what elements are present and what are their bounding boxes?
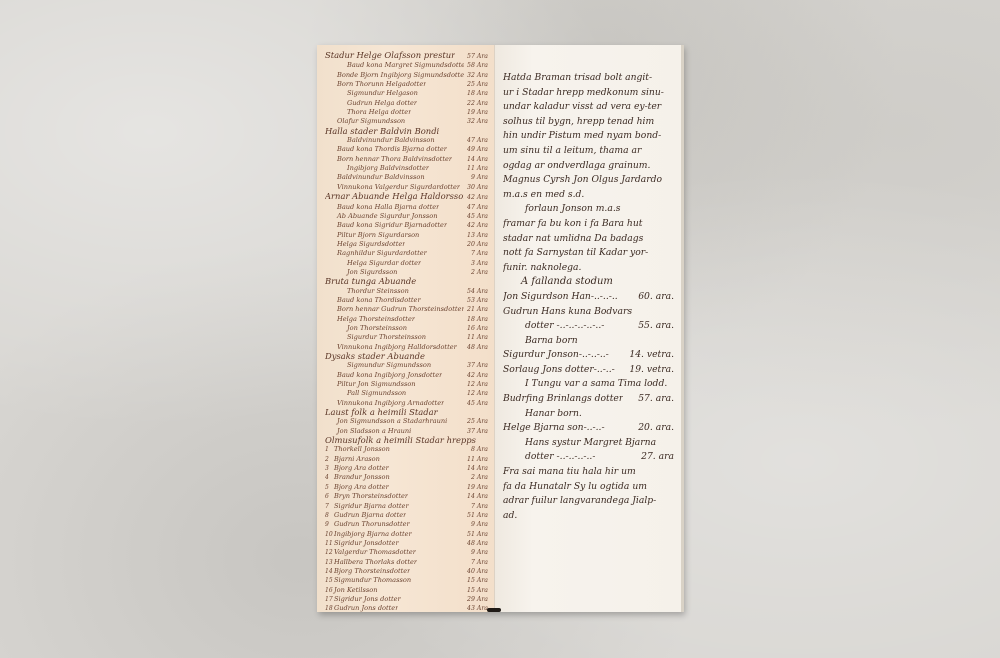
person-age: 37 Ara — [467, 361, 488, 370]
numbered-person-row: 3Bjorg Ara dotter14 Ara — [325, 464, 488, 473]
person-row: Thordur Steinsson54 Ara — [325, 287, 488, 296]
person-name: 5Bjorg Ara dotter — [325, 483, 389, 492]
person-name: 6Bryn Thorsteinsdotter — [325, 492, 408, 501]
person-age: 18 Ara — [467, 315, 488, 324]
person-age: 42 Ara — [467, 193, 488, 202]
entry-name: Jon Sigurdson Han — [503, 290, 591, 305]
numbered-person-row: 15Sigmundur Thomasson15 Ara — [325, 576, 488, 585]
person-age: 15 Ara — [467, 576, 488, 585]
numbered-person-row: 11Sigridur Jonsdotter48 Ara — [325, 539, 488, 548]
entry-name: Budrfing Brinlangs dotter — [503, 392, 623, 407]
person-age: 3 Ara — [471, 259, 488, 268]
person-name-text: Sigridur Jonsdotter — [334, 539, 399, 547]
closing-text-line: ad. — [503, 509, 674, 524]
person-row: Sigmundur Sigmundsson37 Ara — [325, 361, 488, 370]
numbered-person-row: 4Brandur Jonsson2 Ara — [325, 473, 488, 482]
person-row: Baud kona Thordis Bjarna dotter49 Ara — [325, 145, 488, 154]
entry-name: I Tungu var a sama Tima lodd. — [525, 377, 667, 392]
row-number: 4 — [325, 473, 334, 482]
text-line: funir. naknolega. — [503, 261, 674, 276]
text-line: Magnus Cyrsh Jon Olgus Jardardo — [503, 173, 674, 188]
person-name: Vinnukona Valgerdur Sigurdardotter — [325, 183, 460, 192]
person-row: Piltur Jon Sigmundsson12 Ara — [325, 380, 488, 389]
person-name: 10Ingibjorg Bjarna dotter — [325, 530, 412, 539]
person-name: Sigmundur Sigmundsson — [325, 361, 431, 370]
person-age: 42 Ara — [467, 371, 488, 380]
person-name: Born Thorunn Helgadotter — [325, 80, 426, 89]
person-age: 14 Ara — [467, 464, 488, 473]
entry-name: Hanar born. — [525, 407, 582, 422]
right-page-text: Hatda Braman trisad bolt angit-ur i Stad… — [494, 45, 684, 612]
person-age: 25 Ara — [467, 80, 488, 89]
person-age: 7 Ara — [471, 502, 488, 511]
person-name: Baud kona Thordis Bjarna dotter — [325, 145, 447, 154]
person-name: 12Valgerdur Thomasdotter — [325, 548, 416, 557]
closing-text-line: fa da Hunatalr Sy lu ogtida um — [503, 480, 674, 495]
person-name-text: Sigridur Jons dotter — [334, 595, 401, 603]
fold-tear-mark — [487, 608, 501, 612]
person-age: 45 Ara — [467, 399, 488, 408]
person-name: Ab Abuande Sigurdur Jonsson — [325, 212, 438, 221]
person-name: Vinnukona Ingibjorg Halldorsdotter — [325, 343, 457, 352]
person-name: Vinnukona Ingibjorg Arnadotter — [325, 399, 444, 408]
person-row: Pall Sigmundsson12 Ara — [325, 389, 488, 398]
person-name: Baud kona Thordisdotter — [325, 296, 421, 305]
person-age: 37 Ara — [467, 427, 488, 436]
person-age: 22 Ara — [467, 99, 488, 108]
person-name: 14Bjorg Thorsteinsdotter — [325, 567, 410, 576]
person-row: Baud kona Sigridur Bjarnadotter42 Ara — [325, 221, 488, 230]
person-age: 47 Ara — [467, 203, 488, 212]
farm-heading-row: Bruta tunga Abuande — [325, 277, 488, 286]
farm-heading-row: Dysaks stader Abuande — [325, 352, 488, 361]
entry-age: 60. ara. — [638, 290, 674, 305]
person-name-text: Bjorg Thorsteinsdotter — [334, 567, 410, 575]
numbered-person-row: 5Bjorg Ara dotter19 Ara — [325, 483, 488, 492]
person-name: 8Gudrun Bjarna dotter — [325, 511, 406, 520]
person-age: 51 Ara — [467, 530, 488, 539]
text-line: hin undir Pistum med nyam bond- — [503, 129, 674, 144]
person-age: 21 Ara — [467, 305, 488, 314]
person-name: Helga Thorsteinsdotter — [325, 315, 415, 324]
farm-heading-row: Stadur Helge Olafsson prestur57 Ara — [325, 51, 488, 61]
entry-age: 55. ara. — [638, 319, 674, 334]
person-name: Stadur Helge Olafsson prestur — [325, 51, 455, 60]
text-line: ur i Stadar hrepp medkonum sinu- — [503, 86, 674, 101]
row-number: 11 — [325, 539, 334, 548]
person-name: 1Thorkell Jonsson — [325, 445, 390, 454]
farm-heading-row: Olmusufolk a heimili Stadar hrepps — [325, 436, 488, 445]
person-name-text: Gudrun Jons dotter — [334, 604, 398, 612]
numbered-person-row: 8Gudrun Bjarna dotter51 Ara — [325, 511, 488, 520]
entry-dashes: -..-..-..- — [579, 348, 609, 363]
text-line: undar kaladur visst ad vera ey-ter — [503, 100, 674, 115]
text-line: stadar nat umlidna Da badags — [503, 232, 674, 247]
row-number: 16 — [325, 586, 334, 595]
person-name: Olmusufolk a heimili Stadar hrepps — [325, 436, 476, 445]
person-name: Helga Sigurdsdotter — [325, 240, 405, 249]
text-line: forlaun Jonson m.a.s — [503, 202, 674, 217]
person-row: Baud kona Margret Sigmundsdotter58 Ara — [325, 61, 488, 70]
person-name: 16Jon Ketilsson — [325, 586, 377, 595]
person-row: Bonde Bjorn Ingibjorg Sigmundsdotter32 A… — [325, 71, 488, 80]
text-line: um sinu til a leitum, thama ar — [503, 144, 674, 159]
person-age: 32 Ara — [467, 117, 488, 126]
deceased-entry: Gudrun Hans kuna Bodvars — [503, 305, 674, 320]
row-number: 17 — [325, 595, 334, 604]
person-name: Bonde Bjorn Ingibjorg Sigmundsdotter — [325, 71, 464, 80]
person-name: Baud kona Halla Bjarna dotter — [325, 203, 439, 212]
person-row: Ab Abuande Sigurdur Jonsson45 Ara — [325, 212, 488, 221]
deceased-entry: Jon Sigurdson Han -..-..-.. 60. ara. — [503, 290, 674, 305]
person-name: Gudrun Helga dotter — [325, 99, 417, 108]
person-age: 7 Ara — [471, 558, 488, 567]
person-name: Olafur Sigmundsson — [325, 117, 405, 126]
entry-name: Hans systur Margret Bjarna — [525, 436, 656, 451]
person-name-text: Bjarni Arason — [334, 455, 380, 463]
person-age: 11 Ara — [467, 455, 488, 464]
person-age: 53 Ara — [467, 296, 488, 305]
row-number: 13 — [325, 558, 334, 567]
person-name: Baldvinundur Baldvinsson — [325, 136, 435, 145]
handwritten-text-block: Hatda Braman trisad bolt angit-ur i Stad… — [503, 71, 674, 523]
entry-name: Sorlaug Jons dotter — [503, 363, 594, 378]
entry-name: Helge Bjarna son — [503, 421, 584, 436]
entry-name: dotter -..-..-..-..-..- — [525, 319, 604, 334]
person-name: 15Sigmundur Thomasson — [325, 576, 411, 585]
deceased-entry: I Tungu var a sama Tima lodd. — [503, 377, 674, 392]
person-age: 25 Ara — [467, 417, 488, 426]
person-age: 7 Ara — [471, 249, 488, 258]
person-name-text: Sigridur Bjarna dotter — [334, 502, 409, 510]
person-age: 14 Ara — [467, 155, 488, 164]
numbered-person-row: 2Bjarni Arason11 Ara — [325, 455, 488, 464]
numbered-person-row: 18Gudrun Jons dotter43 Ara — [325, 604, 488, 612]
person-name: Jon Sladsson a Hrauni — [325, 427, 411, 436]
person-age: 9 Ara — [471, 548, 488, 557]
person-row: Ingibjorg Baldvinsdotter11 Ara — [325, 164, 488, 173]
person-age: 51 Ara — [467, 511, 488, 520]
person-row: Gudrun Helga dotter22 Ara — [325, 99, 488, 108]
person-row: Born Thorunn Helgadotter25 Ara — [325, 80, 488, 89]
person-age: 30 Ara — [467, 183, 488, 192]
deceased-entry: Helge Bjarna son -..-..- 20. ara. — [503, 421, 674, 436]
person-name: 13Hallbera Thorlaks dotter — [325, 558, 417, 567]
person-name-text: Gudrun Bjarna dotter — [334, 511, 406, 519]
person-name-text: Thorkell Jonsson — [334, 445, 390, 453]
person-row: Helga Sigurdar dotter3 Ara — [325, 259, 488, 268]
person-age: 19 Ara — [467, 483, 488, 492]
person-name-text: Gudrun Thorunsdotter — [334, 520, 410, 528]
person-name: 9Gudrun Thorunsdotter — [325, 520, 410, 529]
closing-text-line: Fra sai mana tiu hala hir um — [503, 465, 674, 480]
person-age: 8 Ara — [471, 445, 488, 454]
person-name: Jon Thorsteinsson — [325, 324, 407, 333]
deceased-entry: Hans systur Margret Bjarna — [503, 436, 674, 451]
person-name: 3Bjorg Ara dotter — [325, 464, 389, 473]
person-name: Piltur Bjorn Sigurdarson — [325, 231, 419, 240]
person-name: Halla stader Baldvin Bondi — [325, 127, 439, 136]
person-name: Born hennar Thora Baldvinsdotter — [325, 155, 452, 164]
entry-name: Gudrun Hans kuna Bodvars — [503, 305, 632, 320]
person-row: Thora Helga dotter19 Ara — [325, 108, 488, 117]
farm-heading-row: Arnar Abuande Helga Haldorsson42 Ara — [325, 192, 488, 202]
deceased-entry: dotter -..-..-..-..-27. ara — [503, 450, 674, 465]
person-age: 9 Ara — [471, 173, 488, 182]
person-age: 20 Ara — [467, 240, 488, 249]
person-name: 17Sigridur Jons dotter — [325, 595, 401, 604]
numbered-person-row: 6Bryn Thorsteinsdotter14 Ara — [325, 492, 488, 501]
person-row: Jon Sigmundsson a Stadarhrauni25 Ara — [325, 417, 488, 426]
deceased-entry: dotter -..-..-..-..-..-55. ara. — [503, 319, 674, 334]
person-age: 11 Ara — [467, 333, 488, 342]
person-age: 29 Ara — [467, 595, 488, 604]
person-name: Baldvinundur Baldvinsson — [325, 173, 425, 182]
entry-dashes: -..-..- — [594, 363, 615, 378]
entry-age: 20. ara. — [638, 421, 674, 436]
person-age: 2 Ara — [471, 473, 488, 482]
person-row: Sigurdur Thorsteinsson11 Ara — [325, 333, 488, 342]
entry-dashes: -..-..- — [584, 421, 605, 436]
person-row: Jon Sladsson a Hrauni37 Ara — [325, 427, 488, 436]
manuscript-sheet: Stadur Helge Olafsson prestur57 AraBaud … — [317, 45, 683, 612]
person-age: 49 Ara — [467, 145, 488, 154]
person-name: Laust folk a heimili Stadar — [325, 408, 438, 417]
person-row: Born hennar Thora Baldvinsdotter14 Ara — [325, 155, 488, 164]
person-age: 12 Ara — [467, 380, 488, 389]
person-age: 14 Ara — [467, 492, 488, 501]
person-age: 42 Ara — [467, 221, 488, 230]
person-name: Baud kona Sigridur Bjarnadotter — [325, 221, 447, 230]
person-name: Thordur Steinsson — [325, 287, 409, 296]
row-number: 8 — [325, 511, 334, 520]
entry-age: 19. vetra. — [629, 363, 674, 378]
entry-dashes: -..-..-.. — [591, 290, 618, 305]
person-age: 32 Ara — [467, 71, 488, 80]
person-age: 2 Ara — [471, 268, 488, 277]
person-row: Jon Thorsteinsson16 Ara — [325, 324, 488, 333]
person-name-text: Sigmundur Thomasson — [334, 576, 411, 584]
text-line: nott fa Sarnystan til Kadar yor- — [503, 246, 674, 261]
person-age: 40 Ara — [467, 567, 488, 576]
entry-age: 27. ara — [641, 450, 674, 465]
person-age: 12 Ara — [467, 389, 488, 398]
person-row: Vinnukona Ingibjorg Arnadotter45 Ara — [325, 399, 488, 408]
person-name: Jon Sigmundsson a Stadarhrauni — [325, 417, 447, 426]
entry-name: Sigurdur Jonson — [503, 348, 579, 363]
deceased-entry: Sigurdur Jonson -..-..-..- 14. vetra. — [503, 348, 674, 363]
row-number: 9 — [325, 520, 334, 529]
person-row: Jon Sigurdsson2 Ara — [325, 268, 488, 277]
text-line: m.a.s en med s.d. — [503, 188, 674, 203]
person-row: Olafur Sigmundsson32 Ara — [325, 117, 488, 126]
numbered-person-row: 9Gudrun Thorunsdotter9 Ara — [325, 520, 488, 529]
person-age: 48 Ara — [467, 343, 488, 352]
farm-heading-row: Halla stader Baldvin Bondi — [325, 127, 488, 136]
entry-age: 14. vetra. — [629, 348, 674, 363]
deceased-entry: Sorlaug Jons dotter -..-..- 19. vetra. — [503, 363, 674, 378]
person-name-text: Bjorg Ara dotter — [334, 464, 389, 472]
person-name: Pall Sigmundsson — [325, 389, 406, 398]
person-name: Ragnhildur Sigurdardotter — [325, 249, 427, 258]
person-row: Piltur Bjorn Sigurdarson13 Ara — [325, 231, 488, 240]
person-name: Helga Sigurdar dotter — [325, 259, 421, 268]
person-name-text: Jon Ketilsson — [334, 586, 377, 594]
person-name: 11Sigridur Jonsdotter — [325, 539, 399, 548]
person-name: Born hennar Gudrun Thorsteinsdotter — [325, 305, 464, 314]
person-row: Ragnhildur Sigurdardotter7 Ara — [325, 249, 488, 258]
person-row: Baud kona Halla Bjarna dotter47 Ara — [325, 203, 488, 212]
numbered-person-row: 16Jon Ketilsson15 Ara — [325, 586, 488, 595]
text-line: Hatda Braman trisad bolt angit- — [503, 71, 674, 86]
person-name: Thora Helga dotter — [325, 108, 411, 117]
person-name: Arnar Abuande Helga Haldorsson — [325, 192, 464, 201]
person-age: 11 Ara — [467, 164, 488, 173]
person-name: Sigurdur Thorsteinsson — [325, 333, 426, 342]
deceased-entry: Budrfing Brinlangs dotter57. ara. — [503, 392, 674, 407]
person-row: Baud kona Thordisdotter53 Ara — [325, 296, 488, 305]
person-row: Baldvinundur Baldvinsson9 Ara — [325, 173, 488, 182]
person-name: 7Sigridur Bjarna dotter — [325, 502, 409, 511]
numbered-person-row: 7Sigridur Bjarna dotter7 Ara — [325, 502, 488, 511]
person-name: Ingibjorg Baldvinsdotter — [325, 164, 429, 173]
person-row: Sigmundur Helgason18 Ara — [325, 89, 488, 98]
person-age: 48 Ara — [467, 539, 488, 548]
person-row: Baldvinundur Baldvinsson47 Ara — [325, 136, 488, 145]
person-age: 18 Ara — [467, 89, 488, 98]
person-age: 16 Ara — [467, 324, 488, 333]
person-name: Piltur Jon Sigmundsson — [325, 380, 416, 389]
text-line: framar fa bu kon i fa Bara hut — [503, 217, 674, 232]
person-age: 45 Ara — [467, 212, 488, 221]
person-name: Jon Sigurdsson — [325, 268, 397, 277]
row-number: 2 — [325, 455, 334, 464]
person-age: 57 Ara — [467, 52, 488, 61]
census-list: Stadur Helge Olafsson prestur57 AraBaud … — [325, 51, 488, 612]
deceased-entry: Hanar born. — [503, 407, 674, 422]
person-name-text: Valgerdur Thomasdotter — [334, 548, 416, 556]
row-number: 5 — [325, 483, 334, 492]
row-number: 1 — [325, 445, 334, 454]
numbered-person-row: 10Ingibjorg Bjarna dotter51 Ara — [325, 530, 488, 539]
person-name: Baud kona Ingibjorg Jonsdotter — [325, 371, 442, 380]
person-name: Baud kona Margret Sigmundsdotter — [325, 61, 464, 70]
row-number: 6 — [325, 492, 334, 501]
row-number: 7 — [325, 502, 334, 511]
person-row: Born hennar Gudrun Thorsteinsdotter21 Ar… — [325, 305, 488, 314]
numbered-person-row: 14Bjorg Thorsteinsdotter40 Ara — [325, 567, 488, 576]
row-number: 18 — [325, 604, 334, 612]
person-age: 58 Ara — [467, 61, 488, 70]
row-number: 3 — [325, 464, 334, 473]
person-name: 2Bjarni Arason — [325, 455, 380, 464]
row-number: 14 — [325, 567, 334, 576]
text-line: solhus til bygn, hrepp tenad him — [503, 115, 674, 130]
person-name-text: Bjorg Ara dotter — [334, 483, 389, 491]
deceased-entry: Barna born — [503, 334, 674, 349]
farm-heading-row: Laust folk a heimili Stadar — [325, 408, 488, 417]
section-heading: A fallanda stodum — [503, 275, 674, 290]
person-row: Baud kona Ingibjorg Jonsdotter42 Ara — [325, 371, 488, 380]
row-number: 15 — [325, 576, 334, 585]
entry-age: 57. ara. — [638, 392, 674, 407]
person-name: Bruta tunga Abuande — [325, 277, 416, 286]
entry-name: Barna born — [525, 334, 578, 349]
person-row: Helga Thorsteinsdotter18 Ara — [325, 315, 488, 324]
person-row: Vinnukona Valgerdur Sigurdardotter30 Ara — [325, 183, 488, 192]
person-name-text: Brandur Jonsson — [334, 473, 390, 481]
person-name: Dysaks stader Abuande — [325, 352, 425, 361]
person-age: 54 Ara — [467, 287, 488, 296]
person-age: 47 Ara — [467, 136, 488, 145]
closing-text-line: adrar fuilur langvarandega Jialp- — [503, 494, 674, 509]
person-age: 9 Ara — [471, 520, 488, 529]
numbered-person-row: 13Hallbera Thorlaks dotter7 Ara — [325, 558, 488, 567]
person-name: Sigmundur Helgason — [325, 89, 418, 98]
person-name: 4Brandur Jonsson — [325, 473, 390, 482]
person-name: 18Gudrun Jons dotter — [325, 604, 398, 612]
person-name-text: Bryn Thorsteinsdotter — [334, 492, 408, 500]
person-name-text: Hallbera Thorlaks dotter — [334, 558, 417, 566]
numbered-person-row: 1Thorkell Jonsson8 Ara — [325, 445, 488, 454]
numbered-person-row: 12Valgerdur Thomasdotter9 Ara — [325, 548, 488, 557]
person-row: Vinnukona Ingibjorg Halldorsdotter48 Ara — [325, 343, 488, 352]
person-age: 15 Ara — [467, 586, 488, 595]
person-row: Helga Sigurdsdotter20 Ara — [325, 240, 488, 249]
person-age: 43 Ara — [467, 604, 488, 612]
row-number: 10 — [325, 530, 334, 539]
row-number: 12 — [325, 548, 334, 557]
entry-name: dotter -..-..-..-..- — [525, 450, 595, 465]
left-page-census-list: Stadur Helge Olafsson prestur57 AraBaud … — [317, 45, 495, 612]
person-age: 19 Ara — [467, 108, 488, 117]
text-line: ogdag ar ondverdlaga grainum. — [503, 159, 674, 174]
person-name-text: Ingibjorg Bjarna dotter — [334, 530, 412, 538]
person-age: 13 Ara — [467, 231, 488, 240]
numbered-person-row: 17Sigridur Jons dotter29 Ara — [325, 595, 488, 604]
